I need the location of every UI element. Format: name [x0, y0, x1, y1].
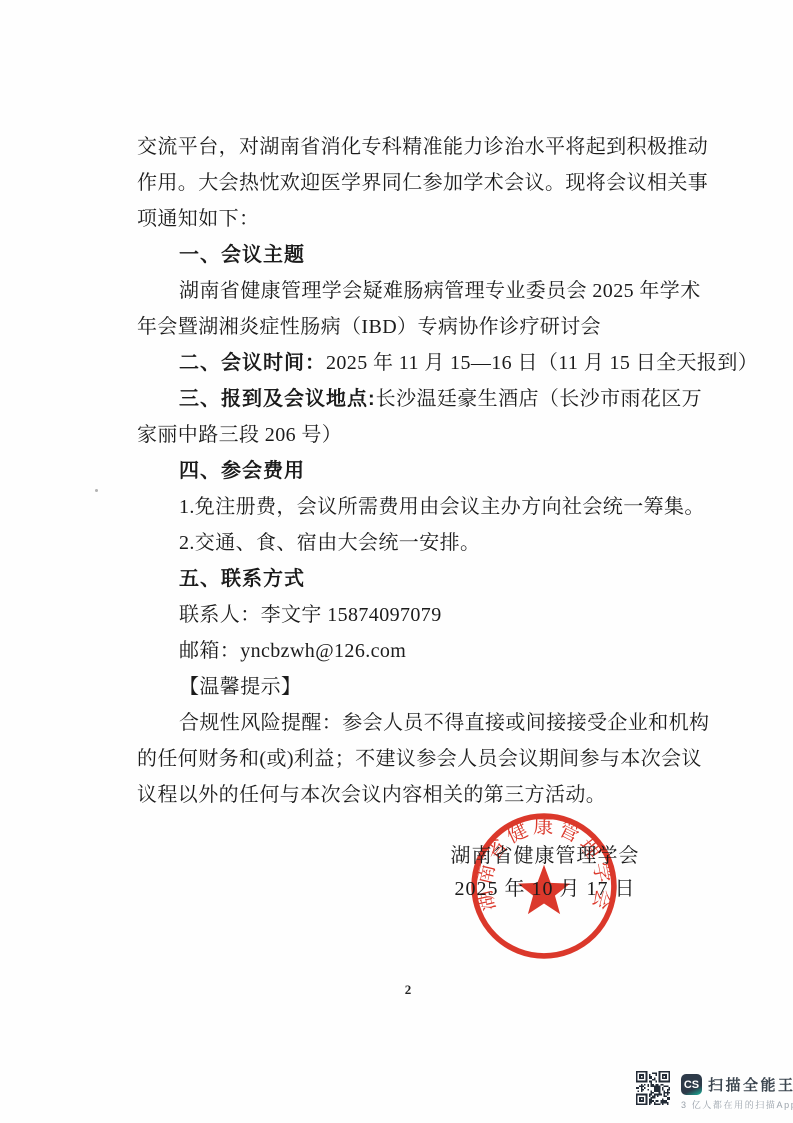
section-heading-3: 三、报到及会议地点:	[179, 388, 376, 410]
doc-line: 年会暨湖湘炎症性肠病（IBD）专病协作诊疗研讨会	[137, 309, 703, 345]
scan-artifact-speck	[95, 489, 98, 492]
body-text: 议程以外的任何与本次会议内容相关的第三方活动。	[137, 784, 606, 806]
body-text: 2025 年 11 月 15—16 日（11 月 15 日全天报到）	[326, 352, 758, 374]
body-text: 项通知如下：	[137, 208, 259, 230]
body-text: 作用。大会热忱欢迎医学界同仁参加学术会议。现将会议相关事	[137, 172, 708, 194]
doc-line: 作用。大会热忱欢迎医学界同仁参加学术会议。现将会议相关事	[137, 165, 703, 201]
body-text: 交流平台，对湖南省消化专科精准能力诊治水平将起到积极推动	[137, 136, 708, 158]
contact-email-line: 邮箱：yncbzwh@126.com	[179, 640, 406, 662]
doc-line: 项通知如下：	[137, 201, 703, 237]
section-heading-5: 五、联系方式	[179, 568, 305, 590]
doc-line: 议程以外的任何与本次会议内容相关的第三方活动。	[137, 777, 703, 813]
doc-line: 四、参会费用	[137, 453, 703, 489]
section-heading-1: 一、会议主题	[179, 244, 305, 266]
notice-tip-heading: 【温馨提示】	[179, 676, 301, 698]
doc-line: 1.免注册费，会议所需费用由会议主办方向社会统一筹集。	[137, 489, 703, 525]
doc-line: 联系人：李文宇 15874097079	[137, 597, 703, 633]
doc-line: 2.交通、食、宿由大会统一安排。	[137, 525, 703, 561]
scanner-watermark: CS 扫描全能王 3 亿人都在用的扫描App	[636, 1071, 793, 1111]
signature-org: 湖南省健康管理学会	[405, 840, 685, 873]
doc-line: 二、会议时间：2025 年 11 月 15—16 日（11 月 15 日全天报到…	[137, 345, 703, 381]
doc-line: 的任何财务和(或)利益；不建议参会人员会议期间参与本次会议	[137, 741, 703, 777]
doc-line: 五、联系方式	[137, 561, 703, 597]
section-heading-2: 二、会议时间：	[179, 352, 326, 374]
body-text: 年会暨湖湘炎症性肠病（IBD）专病协作诊疗研讨会	[137, 316, 601, 338]
watermark-text-block: CS 扫描全能王 3 亿人都在用的扫描App	[681, 1071, 793, 1111]
body-text: 湖南省健康管理学会疑难肠病管理专业委员会 2025 年学术	[179, 280, 701, 302]
doc-line: 邮箱：yncbzwh@126.com	[137, 633, 703, 669]
body-text: 家丽中路三段 206 号）	[137, 424, 342, 446]
scanner-app-name: 扫描全能王	[708, 1074, 793, 1095]
doc-line: 三、报到及会议地点:长沙温廷豪生酒店（长沙市雨花区万	[137, 381, 703, 417]
body-text: 1.免注册费，会议所需费用由会议主办方向社会统一筹集。	[179, 496, 705, 518]
scanner-tagline: 3 亿人都在用的扫描App	[681, 1098, 793, 1111]
doc-line: 【温馨提示】	[137, 669, 703, 705]
signature-date: 2025 年 10 月 17 日	[405, 873, 685, 906]
document-page: 交流平台，对湖南省消化专科精准能力诊治水平将起到积极推动 作用。大会热忱欢迎医学…	[0, 0, 793, 1123]
doc-line: 家丽中路三段 206 号）	[137, 417, 703, 453]
body-text: 2.交通、食、宿由大会统一安排。	[179, 532, 480, 554]
body-text: 长沙温廷豪生酒店（长沙市雨花区万	[376, 388, 702, 410]
doc-line: 交流平台，对湖南省消化专科精准能力诊治水平将起到积极推动	[137, 129, 703, 165]
doc-line: 合规性风险提醒：参会人员不得直接或间接接受企业和机构	[137, 705, 703, 741]
contact-person-line: 联系人：李文宇 15874097079	[179, 604, 442, 626]
signature-block: 湖南省健康管理学会 2025 年 10 月 17 日	[405, 840, 685, 906]
cs-logo-icon: CS	[681, 1074, 702, 1095]
notice-body: 交流平台，对湖南省消化专科精准能力诊治水平将起到积极推动 作用。大会热忱欢迎医学…	[137, 129, 703, 813]
page-number: 2	[24, 982, 793, 998]
qr-code-icon	[636, 1071, 670, 1105]
doc-line: 一、会议主题	[137, 237, 703, 273]
body-text: 的任何财务和(或)利益；不建议参会人员会议期间参与本次会议	[137, 748, 702, 770]
body-text: 合规性风险提醒：参会人员不得直接或间接接受企业和机构	[179, 712, 709, 734]
section-heading-4: 四、参会费用	[179, 460, 305, 482]
doc-line: 湖南省健康管理学会疑难肠病管理专业委员会 2025 年学术	[137, 273, 703, 309]
